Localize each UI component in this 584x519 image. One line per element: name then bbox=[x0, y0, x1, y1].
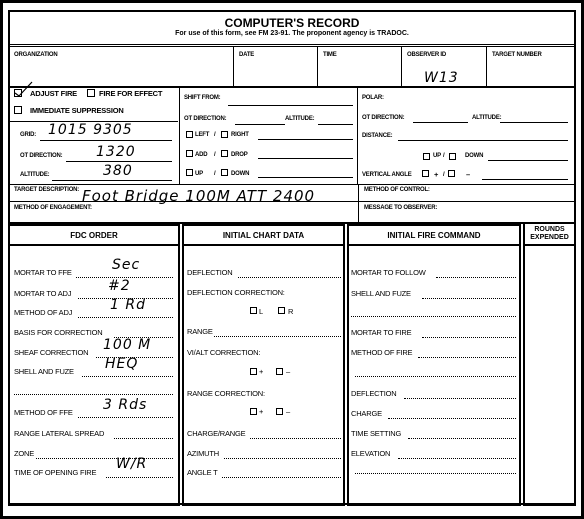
initial-chart-data-section bbox=[182, 224, 345, 506]
fdc-mortar-to-adj-label: MORTAR TO ADJ bbox=[14, 289, 71, 298]
method-of-engagement-field[interactable] bbox=[10, 212, 355, 222]
polar-ot-direction-label: OT DIRECTION: bbox=[362, 115, 404, 121]
divider bbox=[8, 201, 358, 202]
adjust-fire-label: ADJUST FIRE bbox=[30, 89, 77, 98]
ot-direction-label: OT DIRECTION: bbox=[20, 153, 62, 159]
fire-blank-line-3[interactable] bbox=[355, 473, 516, 474]
slash: / bbox=[443, 172, 444, 178]
target-description-label: TARGET DESCRIPTION: bbox=[14, 187, 79, 193]
fdc-range-lateral-spread-label: RANGE LATERAL SPREAD bbox=[14, 429, 104, 438]
fdc-zone-label: ZONE bbox=[14, 449, 34, 458]
slash: / bbox=[214, 152, 215, 158]
fdc-sheaf-correction-label: SHEAF CORRECTION bbox=[14, 348, 88, 357]
fire-blank-line-1[interactable] bbox=[351, 316, 516, 317]
down-checkbox[interactable] bbox=[221, 169, 228, 176]
dotted-line bbox=[36, 458, 173, 459]
slash: / bbox=[214, 171, 215, 177]
distance-label: DISTANCE: bbox=[362, 133, 392, 139]
angle-t-field[interactable] bbox=[222, 477, 341, 478]
initial-chart-data-heading: INITIAL CHART DATA bbox=[182, 231, 345, 240]
method-of-fire-field[interactable] bbox=[418, 357, 516, 358]
shift-ot-direction-label: OT DIRECTION: bbox=[184, 116, 226, 122]
dotted-line bbox=[82, 376, 173, 377]
message-to-observer-label: MESSAGE TO OBSERVER: bbox=[364, 205, 437, 211]
polar-down-checkbox[interactable] bbox=[449, 153, 456, 160]
method-of-engagement-label: METHOD OF ENGAGEMENT: bbox=[14, 205, 92, 211]
divider bbox=[486, 46, 487, 88]
range-correction-plus-checkbox[interactable] bbox=[250, 408, 257, 415]
underline bbox=[258, 177, 353, 178]
chart-deflection-correction-label: DEFLECTION CORRECTION: bbox=[187, 288, 285, 297]
organization-field[interactable] bbox=[10, 58, 232, 86]
divider bbox=[523, 505, 576, 506]
fdc-order-heading: FDC ORDER bbox=[8, 231, 180, 240]
plus-sign: + bbox=[259, 407, 263, 416]
angle-t-label: ANGLE T bbox=[187, 468, 218, 477]
divider bbox=[8, 44, 576, 47]
fdc-order-section bbox=[8, 224, 180, 506]
fdc-sheaf-correction-value[interactable]: 100 M bbox=[103, 337, 151, 353]
immediate-suppression-label: IMMEDIATE SUPPRESSION bbox=[30, 106, 124, 115]
polar-altitude-label: ALTITUDE: bbox=[472, 115, 501, 121]
initial-fire-command-section bbox=[347, 224, 521, 506]
divider bbox=[8, 184, 576, 185]
method-of-fire-label: METHOD OF FIRE bbox=[351, 348, 412, 357]
fire-deflection-label: DEFLECTION bbox=[351, 389, 397, 398]
initial-fire-command-heading: INITIAL FIRE COMMAND bbox=[347, 231, 521, 240]
polar-up-checkbox[interactable] bbox=[423, 153, 430, 160]
underline bbox=[398, 140, 568, 141]
chart-deflection-field[interactable] bbox=[238, 277, 341, 278]
mortar-to-fire-field[interactable] bbox=[422, 337, 516, 338]
underline bbox=[318, 124, 353, 125]
drop-checkbox[interactable] bbox=[221, 150, 228, 157]
down-label: DOWN bbox=[231, 171, 249, 177]
plus-sign: + bbox=[434, 170, 438, 179]
vertical-angle-label: VERTICAL ANGLE bbox=[362, 172, 412, 178]
fdc-time-of-opening-fire-value[interactable]: W/R bbox=[116, 456, 147, 472]
underline bbox=[258, 158, 353, 159]
underline bbox=[413, 122, 468, 123]
plus-sign: + bbox=[259, 367, 263, 376]
charge-range-label: CHARGE/RANGE bbox=[187, 429, 245, 438]
fire-blank-line-2[interactable] bbox=[355, 376, 516, 377]
add-checkbox[interactable] bbox=[186, 150, 193, 157]
up-checkbox[interactable] bbox=[186, 169, 193, 176]
chart-deflection-label: DEFLECTION bbox=[187, 268, 233, 277]
underline bbox=[488, 160, 568, 161]
deflection-right-checkbox[interactable] bbox=[278, 307, 285, 314]
polar-down-label: DOWN bbox=[465, 153, 483, 159]
dotted-line bbox=[78, 317, 173, 318]
fire-for-effect-checkbox[interactable] bbox=[87, 89, 95, 97]
fdc-time-of-opening-fire-label: TIME OF OPENING FIRE bbox=[14, 468, 96, 477]
dotted-line bbox=[78, 417, 173, 418]
divider bbox=[233, 46, 234, 88]
form-subtitle: For use of this form, see FM 23-91. The … bbox=[9, 30, 575, 37]
drop-label: DROP bbox=[231, 152, 248, 158]
add-label: ADD bbox=[195, 152, 207, 158]
fire-shell-and-fuze-label: SHELL AND FUZE bbox=[351, 289, 411, 298]
dotted-line bbox=[106, 477, 173, 478]
slash: / bbox=[443, 153, 444, 159]
right-checkbox[interactable] bbox=[221, 131, 228, 138]
altitude-label: ALTITUDE: bbox=[20, 172, 49, 178]
chart-range-field[interactable] bbox=[214, 336, 341, 337]
mortar-to-follow-label: MORTAR TO FOLLOW bbox=[351, 268, 426, 277]
time-setting-label: TIME SETTING bbox=[351, 429, 401, 438]
vi-alt-plus-checkbox[interactable] bbox=[250, 368, 257, 375]
vi-alt-correction-label: VI/ALT CORRECTION: bbox=[187, 348, 260, 357]
vertical-angle-plus-checkbox[interactable] bbox=[422, 170, 429, 177]
underline bbox=[500, 122, 568, 123]
shift-altitude-label: ALTITUDE: bbox=[285, 116, 314, 122]
underline bbox=[40, 140, 172, 141]
up-label: UP bbox=[195, 171, 203, 177]
left-label: LEFT bbox=[195, 132, 209, 138]
divider bbox=[179, 87, 180, 185]
message-to-observer-field[interactable] bbox=[360, 212, 574, 222]
fdc-shell-and-fuze-label: SHELL AND FUZE bbox=[14, 367, 74, 376]
ot-direction-value[interactable]: 1320 bbox=[96, 144, 136, 160]
fdc-basis-for-correction-label: BASIS FOR CORRECTION bbox=[14, 328, 103, 337]
polar-label: POLAR: bbox=[362, 95, 384, 101]
fdc-mortar-to-ffe-label: MORTAR TO FFE bbox=[14, 268, 72, 277]
left-checkbox[interactable] bbox=[186, 131, 193, 138]
shift-from-label: SHIFT FROM: bbox=[184, 95, 220, 101]
fire-deflection-field[interactable] bbox=[404, 398, 516, 399]
rounds-expended-heading-2: EXPENDED bbox=[523, 234, 576, 241]
observer-id-label: OBSERVER ID bbox=[407, 52, 446, 58]
fdc-blank-line[interactable] bbox=[14, 394, 173, 395]
left-label: L bbox=[259, 307, 263, 316]
chart-range-label: RANGE bbox=[187, 327, 213, 336]
fire-shell-and-fuze-field[interactable] bbox=[422, 298, 516, 299]
altitude-value[interactable]: 380 bbox=[103, 163, 133, 179]
minus-sign: – bbox=[286, 407, 290, 416]
divider bbox=[317, 46, 318, 88]
fdc-shell-and-fuze-value[interactable]: HEQ bbox=[105, 356, 138, 372]
rounds-expended-field[interactable] bbox=[525, 246, 575, 504]
deflection-left-checkbox[interactable] bbox=[250, 307, 257, 314]
fdc-method-of-ffe-value[interactable]: 3 Rds bbox=[103, 397, 147, 413]
divider bbox=[8, 244, 180, 246]
observer-id-value[interactable]: W13 bbox=[424, 70, 459, 86]
underline bbox=[235, 124, 285, 125]
target-description-value[interactable]: Foot Bridge 100M ATT 2400 bbox=[82, 187, 315, 205]
method-of-control-label: METHOD OF CONTROL: bbox=[364, 187, 430, 193]
underline bbox=[66, 161, 172, 162]
mortar-to-follow-field[interactable] bbox=[436, 277, 516, 278]
charge-field[interactable] bbox=[388, 418, 516, 419]
fire-for-effect-label: FIRE FOR EFFECT bbox=[99, 89, 162, 98]
minus-sign: – bbox=[286, 367, 290, 376]
divider bbox=[358, 184, 359, 223]
grid-value[interactable]: 1015 9305 bbox=[48, 122, 133, 138]
underline bbox=[258, 139, 353, 140]
right-label: RIGHT bbox=[231, 132, 249, 138]
fdc-mortar-to-adj-value[interactable]: #2 bbox=[108, 278, 131, 294]
vertical-angle-minus-checkbox[interactable] bbox=[448, 170, 455, 177]
dotted-line bbox=[114, 438, 173, 439]
underline bbox=[228, 105, 353, 106]
right-label: R bbox=[288, 307, 293, 316]
polar-up-label: UP bbox=[433, 153, 441, 159]
fdc-method-of-adj-value[interactable]: 1 Rd bbox=[110, 297, 146, 313]
divider bbox=[401, 46, 402, 88]
rounds-expended-heading-1: ROUNDS bbox=[523, 226, 576, 233]
vi-alt-minus-checkbox[interactable] bbox=[276, 368, 283, 375]
time-setting-field[interactable] bbox=[408, 438, 516, 439]
charge-range-field[interactable] bbox=[250, 438, 341, 439]
divider bbox=[358, 201, 576, 202]
elevation-field[interactable] bbox=[398, 458, 516, 459]
fdc-mortar-to-ffe-value[interactable]: Sec bbox=[112, 257, 140, 273]
range-correction-label: RANGE CORRECTION: bbox=[187, 389, 265, 398]
fdc-method-of-adj-label: METHOD OF ADJ bbox=[14, 308, 72, 317]
range-correction-minus-checkbox[interactable] bbox=[276, 408, 283, 415]
target-number-field[interactable] bbox=[488, 58, 574, 86]
azimuth-label: AZIMUTH bbox=[187, 449, 219, 458]
underline bbox=[482, 179, 568, 180]
divider bbox=[347, 244, 521, 246]
minus-sign: – bbox=[466, 170, 470, 179]
grid-label: GRID: bbox=[20, 132, 36, 138]
divider bbox=[357, 87, 358, 185]
immediate-suppression-checkbox[interactable] bbox=[14, 106, 22, 114]
mortar-to-fire-label: MORTAR TO FIRE bbox=[351, 328, 411, 337]
azimuth-field[interactable] bbox=[224, 458, 341, 459]
date-field[interactable] bbox=[235, 58, 315, 86]
divider bbox=[182, 244, 345, 246]
divider bbox=[8, 86, 576, 88]
charge-label: CHARGE bbox=[351, 409, 382, 418]
elevation-label: ELEVATION bbox=[351, 449, 390, 458]
slash: / bbox=[214, 132, 215, 138]
form-title: COMPUTER'S RECORD bbox=[9, 16, 575, 30]
time-field[interactable] bbox=[319, 58, 399, 86]
underline bbox=[52, 180, 172, 181]
fdc-method-of-ffe-label: METHOD OF FFE bbox=[14, 408, 73, 417]
